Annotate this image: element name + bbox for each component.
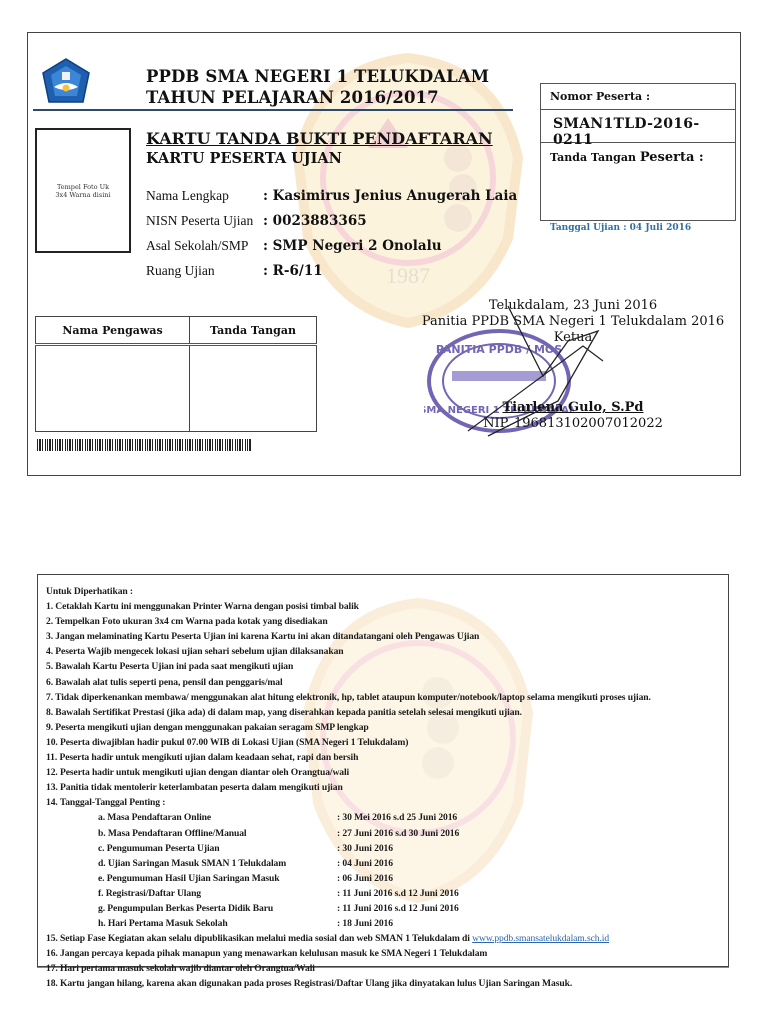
card-subtitle: KARTU PESERTA UJIAN	[146, 150, 342, 167]
field-label: NISN Peserta Ujian	[146, 213, 263, 229]
important-date-row: f. Registrasi/Daftar Ulang: 11 Juni 2016…	[46, 886, 651, 901]
participant-number-box: Nomor Peserta : SMAN1TLD-2016-0211 Tanda…	[540, 83, 736, 221]
list-item: 6. Bawalah alat tulis seperti pena, pens…	[46, 675, 651, 690]
participant-fields: Nama Lengkap : Kasimirus Jenius Anugerah…	[146, 183, 517, 283]
instructions-heading: Untuk Diperhatikan :	[46, 584, 651, 599]
field-value: : Kasimirus Jenius Anugerah Laia	[263, 188, 517, 204]
important-date-row: b. Masa Pendaftaran Offline/Manual: 27 J…	[46, 826, 651, 841]
list-item: 12. Peserta hadir untuk mengikuti ujian …	[46, 765, 651, 780]
list-item: 3. Jangan melaminating Kartu Peserta Uji…	[46, 629, 651, 644]
field-label: Asal Sekolah/SMP	[146, 238, 263, 254]
header-line-2: TAHUN PELAJARAN 2016/2017	[146, 87, 489, 108]
list-item: 1. Cetaklah Kartu ini menggunakan Printe…	[46, 599, 651, 614]
field-label: Ruang Ujian	[146, 263, 263, 279]
list-item: 13. Panitia tidak mentolerir keterlambat…	[46, 780, 651, 795]
field-nisn: NISN Peserta Ujian : 0023883365	[146, 208, 517, 233]
list-item: 17. Hari pertama masuk sekolah wajib dia…	[46, 961, 651, 976]
list-item: 9. Peserta mengikuti ujian dengan menggu…	[46, 720, 651, 735]
instructions-box: Untuk Diperhatikan : 1. Cetaklah Kartu i…	[37, 574, 729, 967]
field-value: : R-6/11	[263, 263, 323, 279]
important-date-row: c. Pengumuman Peserta Ujian: 30 Juni 201…	[46, 841, 651, 856]
photo-placeholder: Tempel Foto Uk 3x4 Warna disini	[35, 128, 131, 253]
important-date-row: d. Ujian Saringan Masuk SMAN 1 Telukdala…	[46, 856, 651, 871]
list-item: 7. Tidak diperkenankan membawa/ mengguna…	[46, 690, 651, 705]
field-origin-school: Asal Sekolah/SMP : SMP Negeri 2 Onolalu	[146, 233, 517, 258]
field-exam-room: Ruang Ujian : R-6/11	[146, 258, 517, 283]
instructions-list: Untuk Diperhatikan : 1. Cetaklah Kartu i…	[46, 584, 651, 992]
list-item: 15. Setiap Fase Kegiatan akan selalu dip…	[46, 931, 651, 946]
list-item: 16. Jangan percaya kepada pihak manapun …	[46, 946, 651, 961]
tut-wuri-handayani-logo-icon	[40, 57, 92, 107]
barcode	[37, 439, 251, 451]
list-item: 14. Tanggal-Tanggal Penting :	[46, 795, 651, 810]
participant-number-value: SMAN1TLD-2016-0211	[541, 110, 735, 143]
header-line-1: PPDB SMA NEGERI 1 TELUKDALAM	[146, 66, 489, 87]
supervisor-signature-cell	[190, 345, 317, 432]
field-value: : 0023883365	[263, 213, 367, 229]
supervisor-table: Nama Pengawas Tanda Tangan	[35, 316, 317, 432]
card-title: KARTU TANDA BUKTI PENDAFTARAN	[146, 129, 493, 148]
important-date-row: e. Pengumuman Hasil Ujian Saringan Masuk…	[46, 871, 651, 886]
handwritten-signature-icon	[448, 301, 628, 441]
column-header-signature: Tanda Tangan	[190, 317, 317, 345]
column-header-supervisor-name: Nama Pengawas	[36, 317, 190, 345]
photo-placeholder-text: Tempel Foto Uk 3x4 Warna disini	[53, 183, 113, 199]
ppdb-website-link[interactable]: www.ppdb.smansatelukdalam.sch.id	[472, 933, 609, 944]
list-item: 2. Tempelkan Foto ukuran 3x4 cm Warna pa…	[46, 614, 651, 629]
field-value: : SMP Negeri 2 Onolalu	[263, 238, 442, 254]
important-date-row: h. Hari Pertama Masuk Sekolah: 18 Juni 2…	[46, 916, 651, 931]
list-item: 18. Kartu jangan hilang, karena akan dig…	[46, 976, 651, 991]
table-header-row: Nama Pengawas Tanda Tangan	[36, 317, 317, 345]
page-title: PPDB SMA NEGERI 1 TELUKDALAM TAHUN PELAJ…	[146, 66, 489, 108]
table-row	[36, 345, 317, 432]
important-date-row: a. Masa Pendaftaran Online: 30 Mei 2016 …	[46, 810, 651, 825]
list-item: 10. Peserta diwajiblan hadir pukul 07.00…	[46, 735, 651, 750]
list-item: 4. Peserta Wajib mengecek lokasi ujian s…	[46, 644, 651, 659]
field-label: Nama Lengkap	[146, 188, 263, 204]
supervisor-name-cell	[36, 345, 190, 432]
participant-number-label: Nomor Peserta :	[541, 84, 735, 110]
header-divider	[33, 109, 513, 111]
exam-card: 1987 PPDB SMA NEGERI 1 TELUKDALAM TAHUN …	[27, 32, 741, 476]
list-item: 5. Bawalah Kartu Peserta Ujian ini pada …	[46, 659, 651, 674]
important-date-row: g. Pengumpulan Berkas Peserta Didik Baru…	[46, 901, 651, 916]
list-item: 8. Bawalah Sertifikat Prestasi (jika ada…	[46, 705, 651, 720]
field-full-name: Nama Lengkap : Kasimirus Jenius Anugerah…	[146, 183, 517, 208]
exam-date: Tanggal Ujian : 04 Juli 2016	[550, 223, 691, 233]
list-item: 11. Peserta hadir untuk mengikuti ujian …	[46, 750, 651, 765]
